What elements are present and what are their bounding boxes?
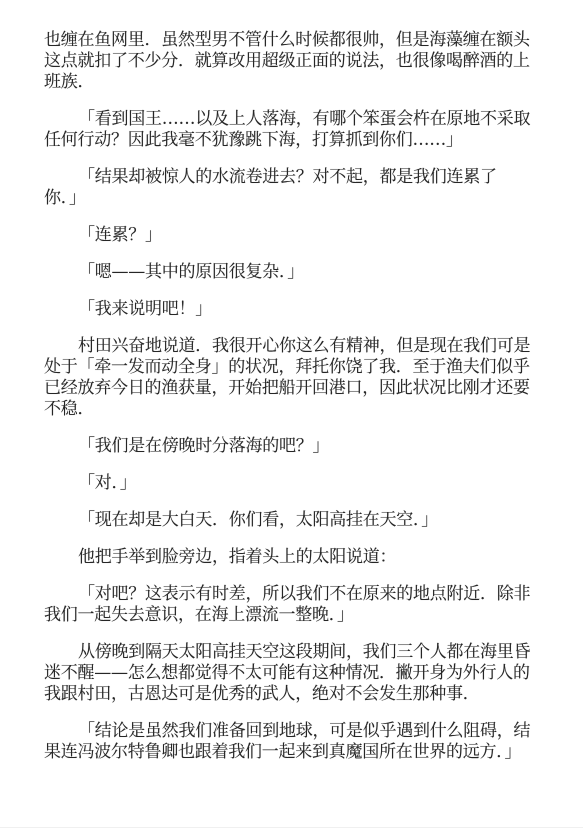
- text-line: 「对．」: [44, 473, 539, 494]
- paragraph: 「结论是虽然我们准备回到地球，可是似乎遇到什么阻碍，结果连冯波尔特鲁卿也跟着我们…: [44, 721, 539, 763]
- text-line: 这点就扣了不少分．就算改用超级正面的说法，也很像喝醉酒的上: [44, 51, 539, 72]
- paragraph: 「连累？」: [44, 225, 539, 246]
- paragraph: 「对吧？这表示有时差，所以我们不在原来的地点附近．除非我们一起失去意识，在海上漂…: [44, 584, 539, 626]
- paragraph: 村田兴奋地说道．我很开心你这么有精神，但是现在我们可是处于「牵一发而动全身」的状…: [44, 336, 539, 420]
- paragraph: 「对．」: [44, 473, 539, 494]
- text-line: 「连累？」: [44, 225, 539, 246]
- text-line: 从傍晚到隔天太阳高挂天空这段期间，我们三个人都在海里昏: [44, 642, 539, 663]
- text-line: 你．」: [44, 188, 539, 209]
- paragraph: 他把手举到脸旁边，指着头上的太阳说道：: [44, 547, 539, 568]
- text-line: 已经放弃今日的渔获量，开始把船开回港口，因此状况比刚才还要: [44, 378, 539, 399]
- text-line: 我们一起失去意识，在海上漂流一整晚．」: [44, 605, 539, 626]
- text-line: 村田兴奋地说道．我很开心你这么有精神，但是现在我们可是: [44, 336, 539, 357]
- text-line: 「嗯——其中的原因很复杂．」: [44, 262, 539, 283]
- text-line: 「结果却被惊人的水流卷进去？对不起，都是我们连累了: [44, 167, 539, 188]
- text-line: 任何行动？因此我毫不犹豫跳下海，打算抓到你们……」: [44, 130, 539, 151]
- paragraph: 「结果却被惊人的水流卷进去？对不起，都是我们连累了你．」: [44, 167, 539, 209]
- page-background: { "document": { "background_color": "#ff…: [0, 0, 583, 828]
- text-line: 他把手举到脸旁边，指着头上的太阳说道：: [44, 547, 539, 568]
- text-line: 「我来说明吧！」: [44, 299, 539, 320]
- text-line: 「结论是虽然我们准备回到地球，可是似乎遇到什么阻碍，结: [44, 721, 539, 742]
- text-line: 「看到国王……以及上人落海，有哪个笨蛋会杵在原地不采取: [44, 109, 539, 130]
- text-line: 不稳．: [44, 399, 539, 420]
- paragraph: 「现在却是大白天．你们看，太阳高挂在天空．」: [44, 510, 539, 531]
- text-block: 也缠在鱼网里．虽然型男不管什么时候都很帅，但是海藻缠在额头这点就扣了不少分．就算…: [44, 30, 539, 763]
- text-line: 处于「牵一发而动全身」的状况，拜托你饶了我．至于渔夫们似乎: [44, 357, 539, 378]
- paragraph: 「嗯——其中的原因很复杂．」: [44, 262, 539, 283]
- paragraph: 也缠在鱼网里．虽然型男不管什么时候都很帅，但是海藻缠在额头这点就扣了不少分．就算…: [44, 30, 539, 93]
- paragraph: 从傍晚到隔天太阳高挂天空这段期间，我们三个人都在海里昏迷不醒——怎么想都觉得不太…: [44, 642, 539, 705]
- novel-page: 也缠在鱼网里．虽然型男不管什么时候都很帅，但是海藻缠在额头这点就扣了不少分．就算…: [0, 0, 583, 828]
- text-line: 班族．: [44, 72, 539, 93]
- paragraph: 「看到国王……以及上人落海，有哪个笨蛋会杵在原地不采取任何行动？因此我毫不犹豫跳…: [44, 109, 539, 151]
- text-line: 我跟村田，古恩达可是优秀的武人，绝对不会发生那种事．: [44, 684, 539, 705]
- text-line: 迷不醒——怎么想都觉得不太可能有这种情况．撇开身为外行人的: [44, 663, 539, 684]
- text-line: 也缠在鱼网里．虽然型男不管什么时候都很帅，但是海藻缠在额头: [44, 30, 539, 51]
- text-line: 果连冯波尔特鲁卿也跟着我们一起来到真魔国所在世界的远方．」: [44, 742, 539, 763]
- text-line: 「现在却是大白天．你们看，太阳高挂在天空．」: [44, 510, 539, 531]
- paragraph: 「我们是在傍晚时分落海的吧？」: [44, 436, 539, 457]
- text-line: 「我们是在傍晚时分落海的吧？」: [44, 436, 539, 457]
- paragraph: 「我来说明吧！」: [44, 299, 539, 320]
- text-line: 「对吧？这表示有时差，所以我们不在原来的地点附近．除非: [44, 584, 539, 605]
